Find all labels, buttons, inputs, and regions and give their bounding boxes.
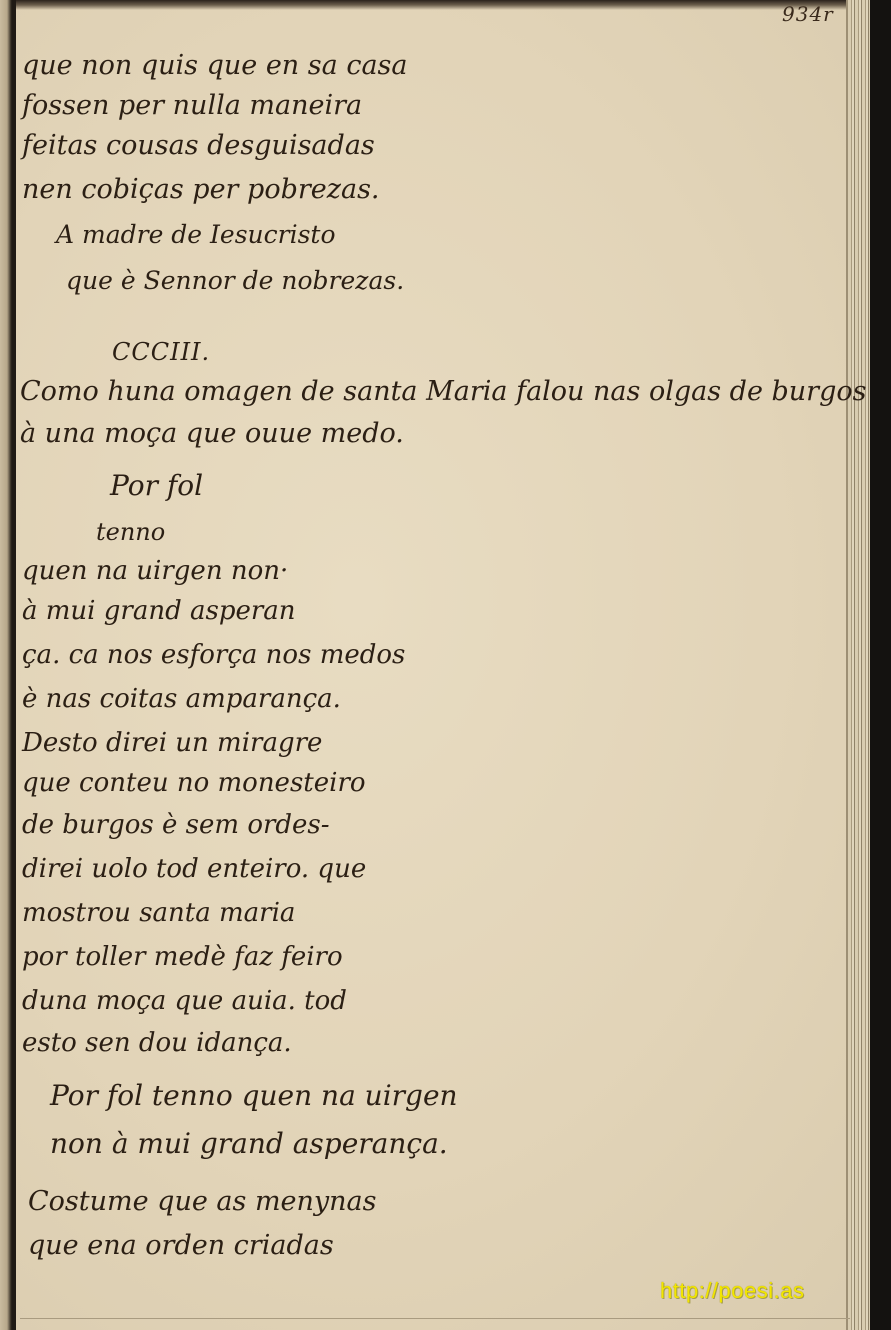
gutter-line xyxy=(12,0,16,1330)
text-line: Costume que as menynas xyxy=(28,1188,377,1215)
manuscript-page: 934r que non quis que en sa casa fossen … xyxy=(0,0,891,1330)
refrain-line: Por fol xyxy=(110,472,203,500)
cantiga-number: CCCIII. xyxy=(112,340,210,364)
refrain-line: Por fol tenno quen na uirgen xyxy=(50,1082,458,1110)
text-line: que è Sennor de nobrezas. xyxy=(66,268,404,293)
text-line: à mui grand asperan xyxy=(22,598,296,624)
text-line: A madre de Iesucristo xyxy=(56,222,336,247)
text-line: Desto direi un miragre xyxy=(22,730,322,756)
watermark-link[interactable]: http://poesi.as xyxy=(660,1278,804,1304)
bottom-rule xyxy=(20,1318,850,1319)
text-line: duna moça que auia. tod xyxy=(22,988,347,1014)
stacked-page-edges xyxy=(848,0,870,1330)
refrain-line: non à mui grand asperança. xyxy=(50,1130,448,1158)
text-line: mostrou santa maria xyxy=(22,900,295,926)
text-line: direi uolo tod enteiro. que xyxy=(22,856,366,882)
text-line: quen na uirgen non· xyxy=(22,558,288,584)
top-shadow xyxy=(0,0,891,10)
text-line: fossen per nulla maneira xyxy=(22,92,362,119)
text-line: por toller medè faz feiro xyxy=(22,944,343,970)
rubric-line: Como huna omagen de santa Maria falou na… xyxy=(20,378,866,405)
refrain-line: tenno xyxy=(96,520,165,544)
text-line: ça. ca nos esforça nos medos xyxy=(22,642,405,668)
background-strip xyxy=(870,0,891,1330)
text-line: è nas coitas amparança. xyxy=(22,686,341,712)
text-line: que ena orden criadas xyxy=(28,1232,334,1259)
text-line: de burgos è sem ordes- xyxy=(22,812,330,838)
text-line: nen cobiças per pobrezas. xyxy=(22,176,380,203)
text-line: esto sen dou idança. xyxy=(22,1030,292,1056)
rubric-line: à una moça que ouue medo. xyxy=(20,420,404,447)
text-line: que conteu no monesteiro xyxy=(22,770,366,796)
folio-number: 934r xyxy=(782,2,834,26)
text-line: que non quis que en sa casa xyxy=(22,52,408,79)
text-line: feitas cousas desguisadas xyxy=(22,132,375,159)
